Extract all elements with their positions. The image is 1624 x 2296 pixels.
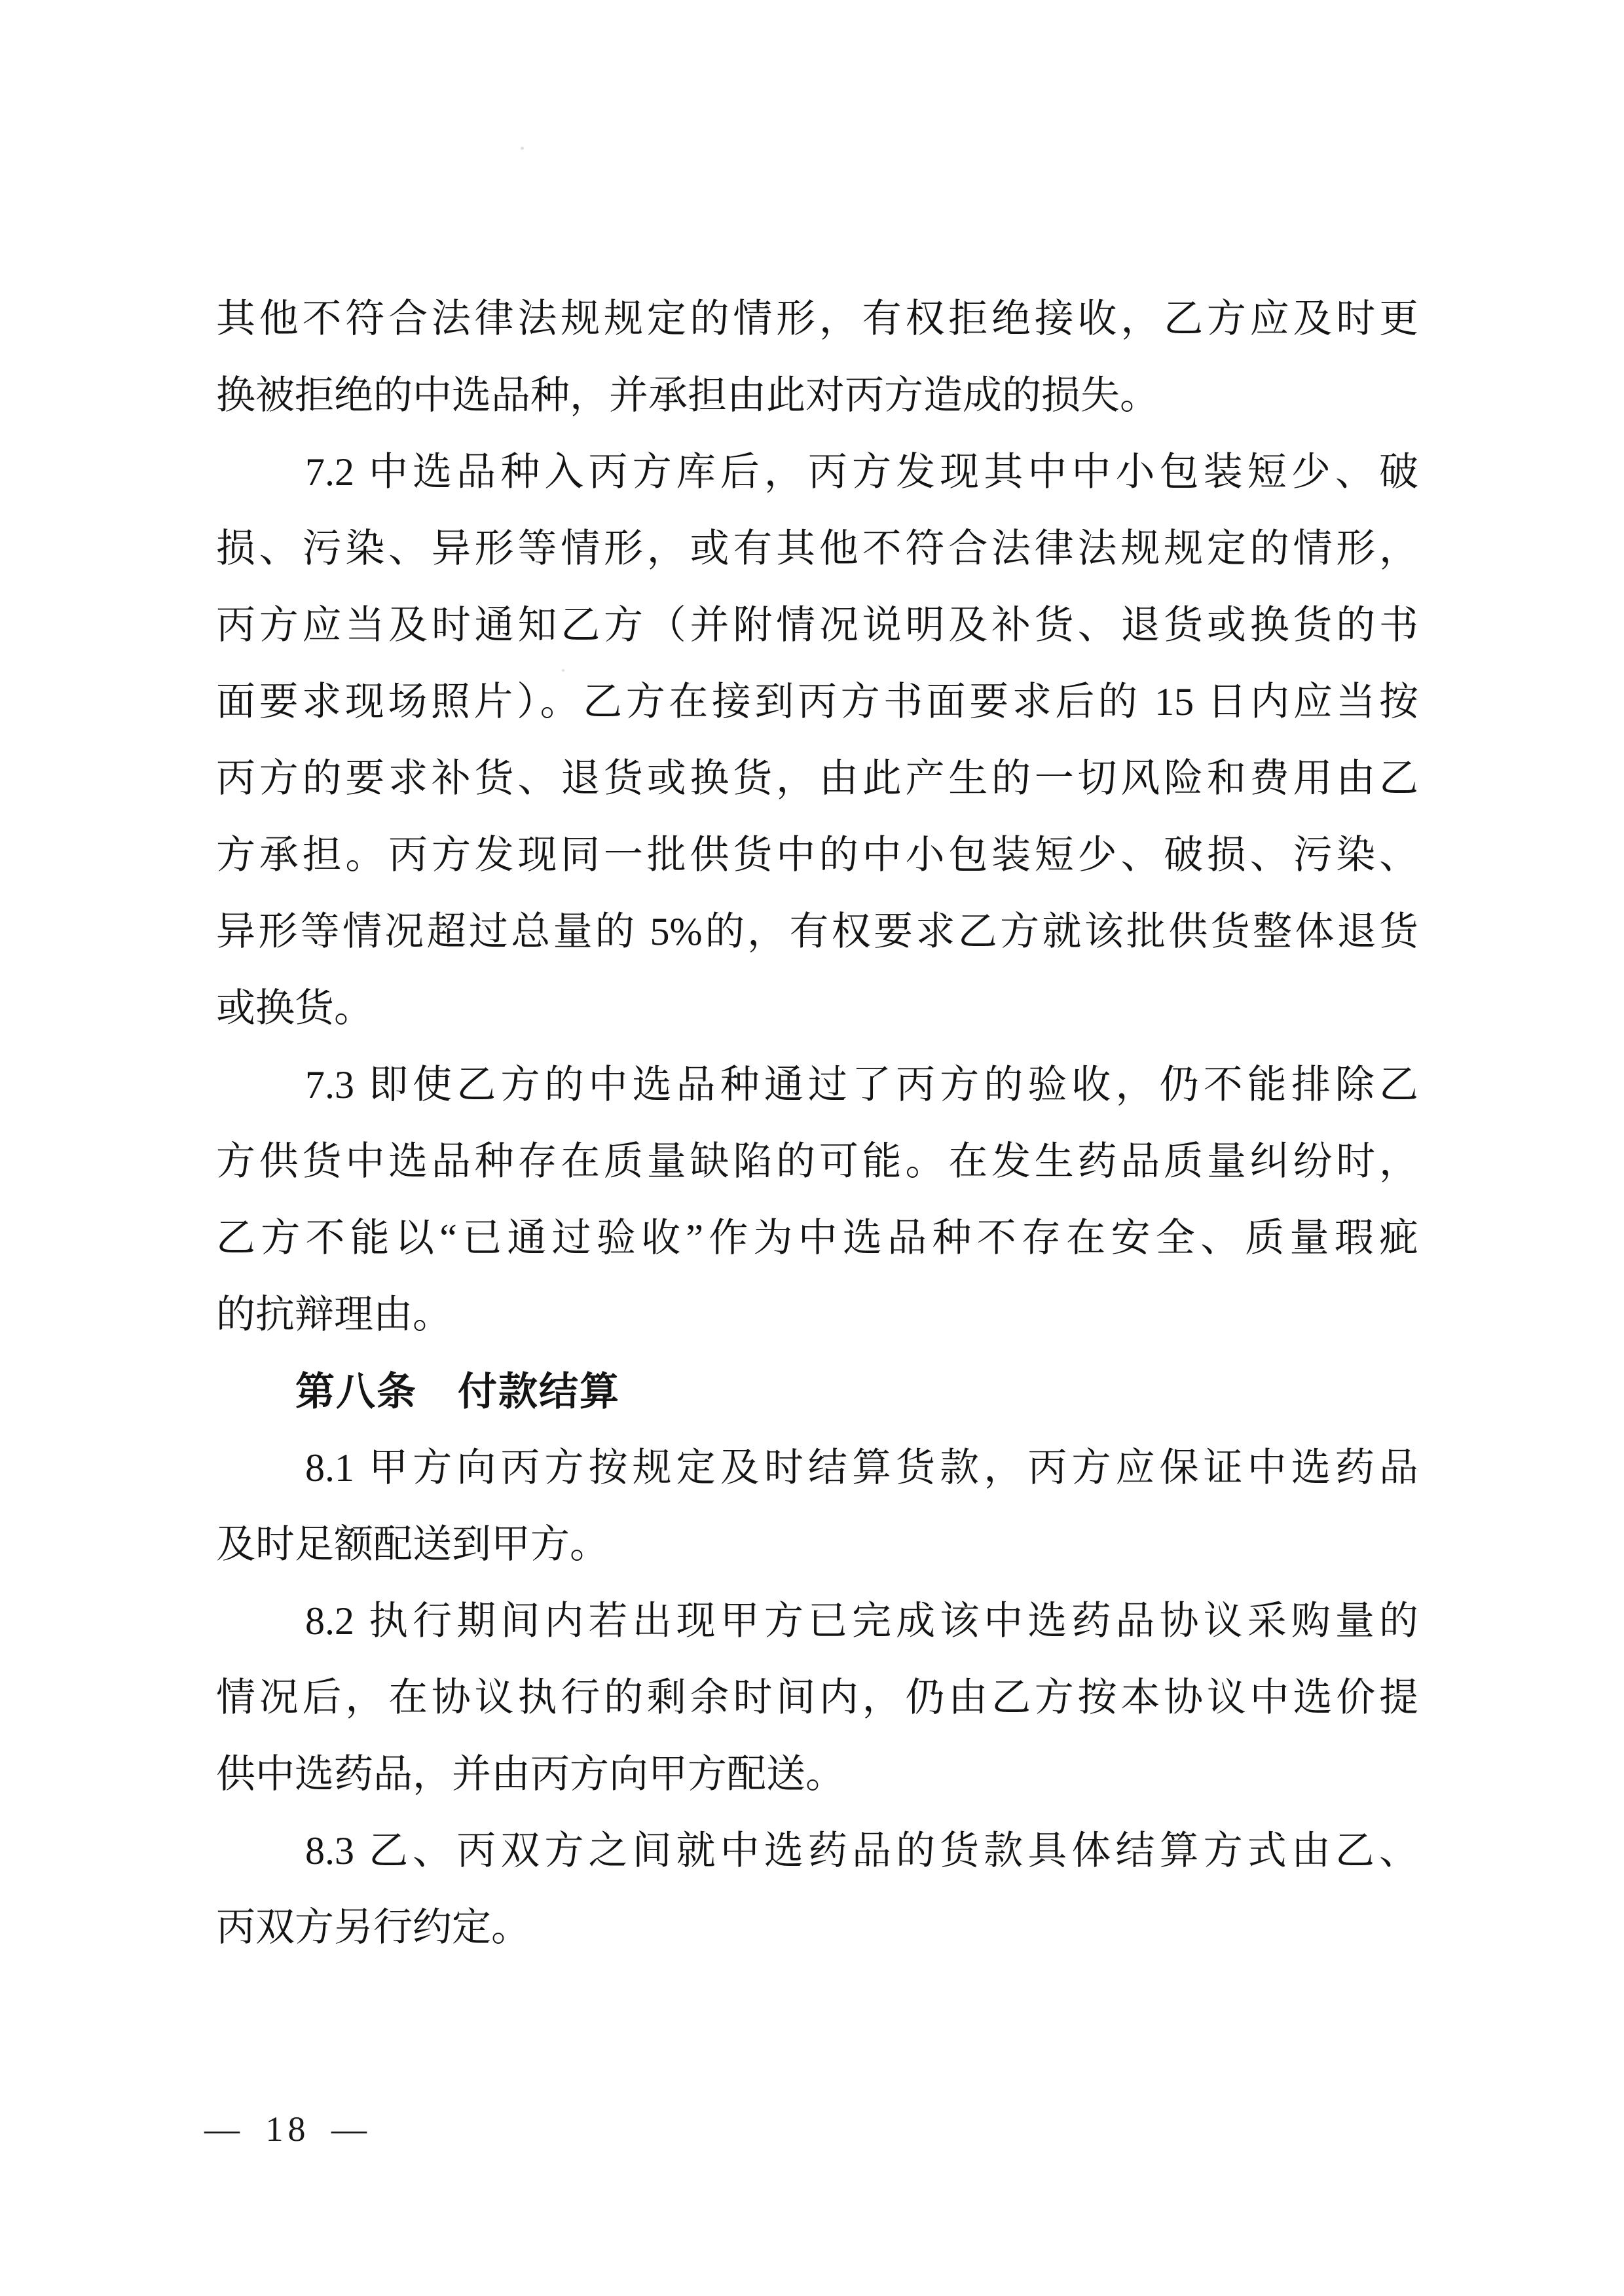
contract-text-block: 其他不符合法律法规规定的情形，有权拒绝接收，乙方应及时更 换被拒绝的中选品种，并…	[216, 281, 1418, 1966]
text-line: 乙方不能以“已通过验收”作为中选品种不存在安全、质量瑕疵	[216, 1200, 1418, 1277]
text-line: 其他不符合法律法规规定的情形，有权拒绝接收，乙方应及时更	[216, 281, 1418, 357]
clause-8-1-start: 8.1 甲方向丙方按规定及时结算货款，丙方应保证中选药品	[216, 1430, 1418, 1506]
clause-7-2-start: 7.2 中选品种入丙方库后，丙方发现其中中小包装短少、破	[216, 434, 1418, 511]
clause-8-3-start: 8.3 乙、丙双方之间就中选药品的货款具体结算方式由乙、	[216, 1813, 1418, 1889]
text-line: 供中选药品，并由丙方向甲方配送。	[216, 1736, 1418, 1813]
text-line: 情况后，在协议执行的剩余时间内，仍由乙方按本协议中选价提	[216, 1660, 1418, 1736]
section-heading: 第八条 付款结算	[216, 1353, 1418, 1430]
clause-8-2-start: 8.2 执行期间内若出现甲方已完成该中选药品协议采购量的	[216, 1583, 1418, 1660]
text-line: 面要求现场照片）。乙方在接到丙方书面要求后的 15 日内应当按	[216, 664, 1418, 740]
text-line: 方供货中选品种存在质量缺陷的可能。在发生药品质量纠纷时，	[216, 1123, 1418, 1200]
text-line: 或换货。	[216, 970, 1418, 1047]
document-page: 其他不符合法律法规规定的情形，有权拒绝接收，乙方应及时更 换被拒绝的中选品种，并…	[0, 0, 1624, 2296]
text-line: 及时足额配送到甲方。	[216, 1506, 1418, 1583]
text-line: 的抗辩理由。	[216, 1277, 1418, 1353]
text-line: 异形等情况超过总量的 5%的，有权要求乙方就该批供货整体退货	[216, 894, 1418, 970]
clause-7-3-start: 7.3 即使乙方的中选品种通过了丙方的验收，仍不能排除乙	[216, 1047, 1418, 1123]
text-line: 丙方的要求补货、退货或换货，由此产生的一切风险和费用由乙	[216, 740, 1418, 817]
text-line: 损、污染、异形等情形，或有其他不符合法律法规规定的情形，	[216, 511, 1418, 587]
text-line: 丙双方另行约定。	[216, 1889, 1418, 1966]
text-line: 方承担。丙方发现同一批供货中的中小包装短少、破损、污染、	[216, 817, 1418, 894]
text-line: 丙方应当及时通知乙方（并附情况说明及补货、退货或换货的书	[216, 587, 1418, 664]
text-line: 换被拒绝的中选品种，并承担由此对丙方造成的损失。	[216, 357, 1418, 434]
scan-speck	[562, 669, 564, 672]
scan-speck	[521, 147, 524, 150]
page-number: — 18 —	[204, 2109, 371, 2149]
